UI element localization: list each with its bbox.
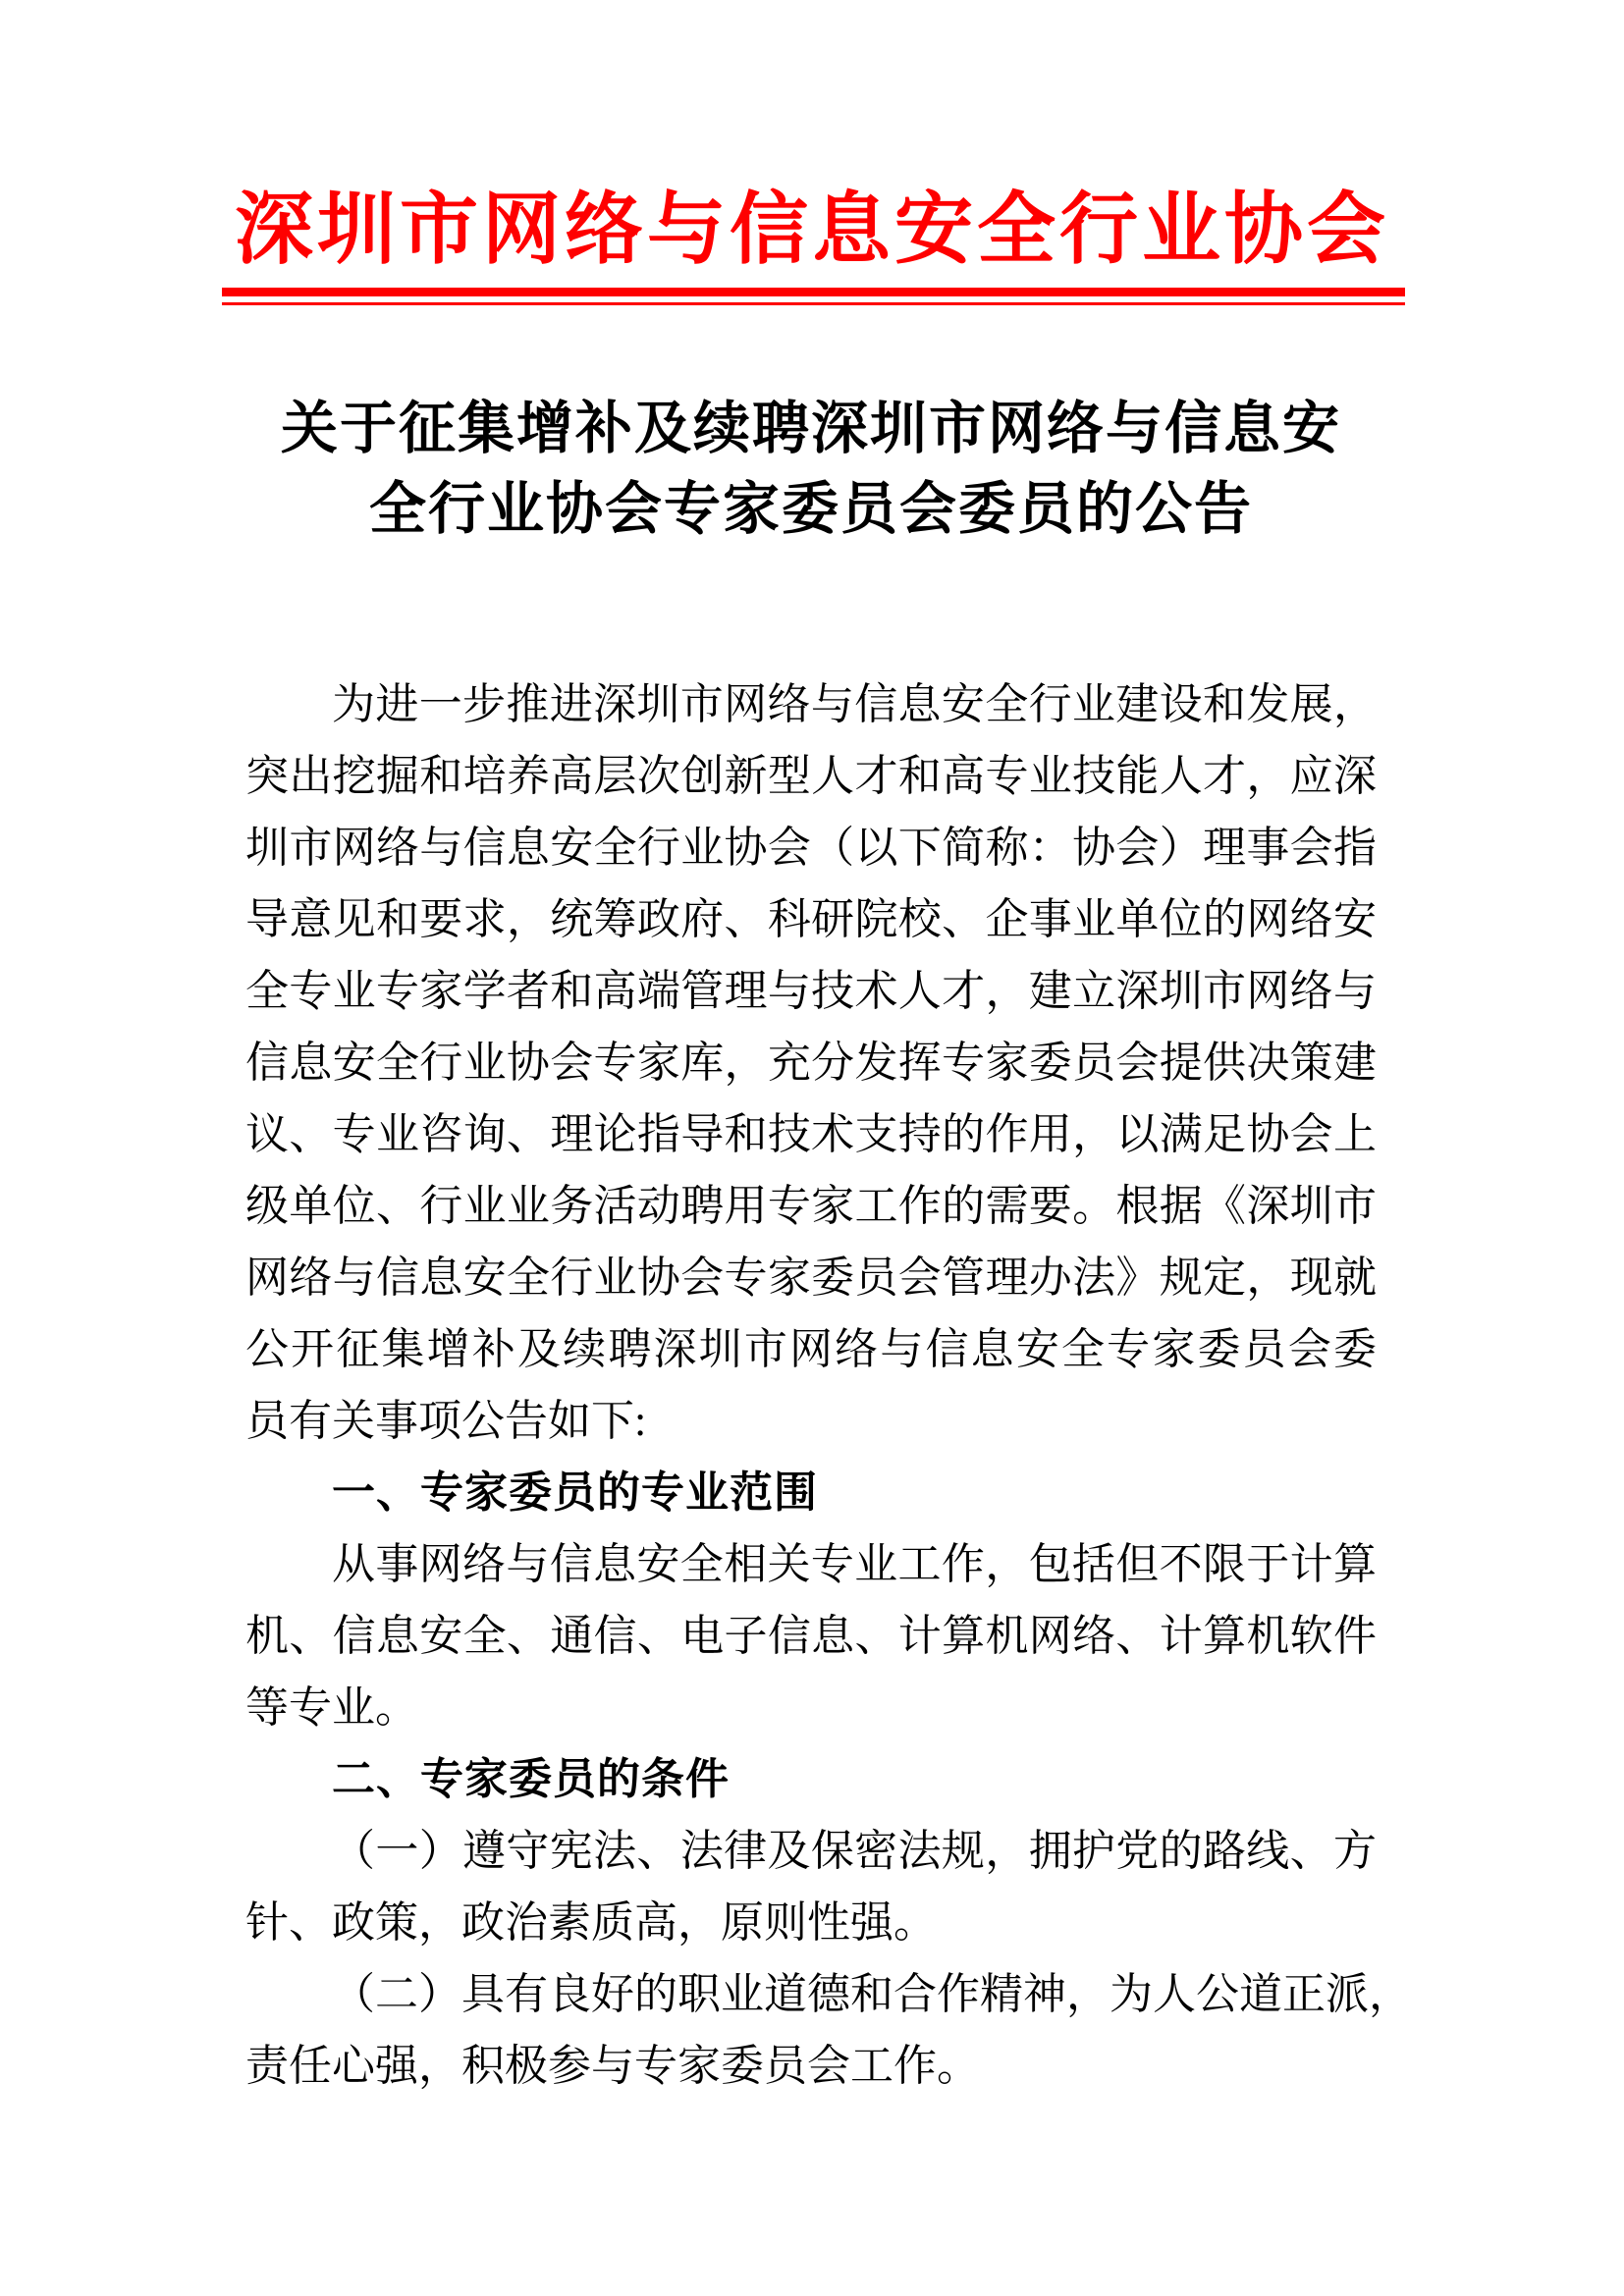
body-line: （一）遵守宪法、法律及保密法规，拥护党的路线、方 (245, 1815, 1377, 1887)
body-line: 网络与信息安全行业协会专家委员会管理办法》规定，现就 (245, 1242, 1377, 1313)
announcement-title-line-1: 关于征集增补及续聘深圳市网络与信息安 (245, 389, 1377, 469)
body-line: 全专业专家学者和高端管理与技术人才，建立深圳市网络与 (245, 955, 1377, 1027)
body-line: 针、政策，政治素质高，原则性强。 (245, 1887, 1377, 1958)
body-line: （二）具有良好的职业道德和合作精神，为人公道正派， (245, 1958, 1377, 2030)
body-line: 信息安全行业协会专家库，充分发挥专家委员会提供决策建 (245, 1027, 1377, 1098)
body-line: 突出挖掘和培养高层次创新型人才和高专业技能人才，应深 (245, 740, 1377, 812)
document-page: 深圳市网络与信息安全行业协会 关于征集增补及续聘深圳市网络与信息安 全行业协会专… (0, 0, 1624, 2296)
body-line: 议、专业咨询、理论指导和技术支持的作用，以满足协会上 (245, 1098, 1377, 1170)
letterhead-rule-thin (222, 302, 1405, 305)
association-letterhead: 深圳市网络与信息安全行业协会 (0, 179, 1624, 283)
body-line: 级单位、行业业务活动聘用专家工作的需要。根据《深圳市 (245, 1170, 1377, 1242)
letterhead-rule-thick (222, 288, 1405, 296)
section-heading: 一、专家委员的专业范围 (245, 1457, 1377, 1528)
body-line: 机、信息安全、通信、电子信息、计算机网络、计算机软件 (245, 1600, 1377, 1672)
section-heading: 二、专家委员的条件 (245, 1743, 1377, 1815)
announcement-title-line-2: 全行业协会专家委员会委员的公告 (245, 469, 1377, 550)
body-line: 圳市网络与信息安全行业协会（以下简称：协会）理事会指 (245, 812, 1377, 883)
announcement-body: 为进一步推进深圳市网络与信息安全行业建设和发展，突出挖掘和培养高层次创新型人才和… (245, 668, 1377, 2102)
announcement-title: 关于征集增补及续聘深圳市网络与信息安 全行业协会专家委员会委员的公告 (245, 389, 1377, 550)
body-line: 员有关事项公告如下: (245, 1385, 1377, 1457)
body-line: 责任心强，积极参与专家委员会工作。 (245, 2030, 1377, 2102)
body-line: 公开征集增补及续聘深圳市网络与信息安全专家委员会委 (245, 1313, 1377, 1385)
body-line: 导意见和要求，统筹政府、科研院校、企事业单位的网络安 (245, 883, 1377, 955)
body-line: 从事网络与信息安全相关专业工作，包括但不限于计算 (245, 1528, 1377, 1600)
body-line: 等专业。 (245, 1672, 1377, 1743)
body-line: 为进一步推进深圳市网络与信息安全行业建设和发展， (245, 668, 1377, 740)
